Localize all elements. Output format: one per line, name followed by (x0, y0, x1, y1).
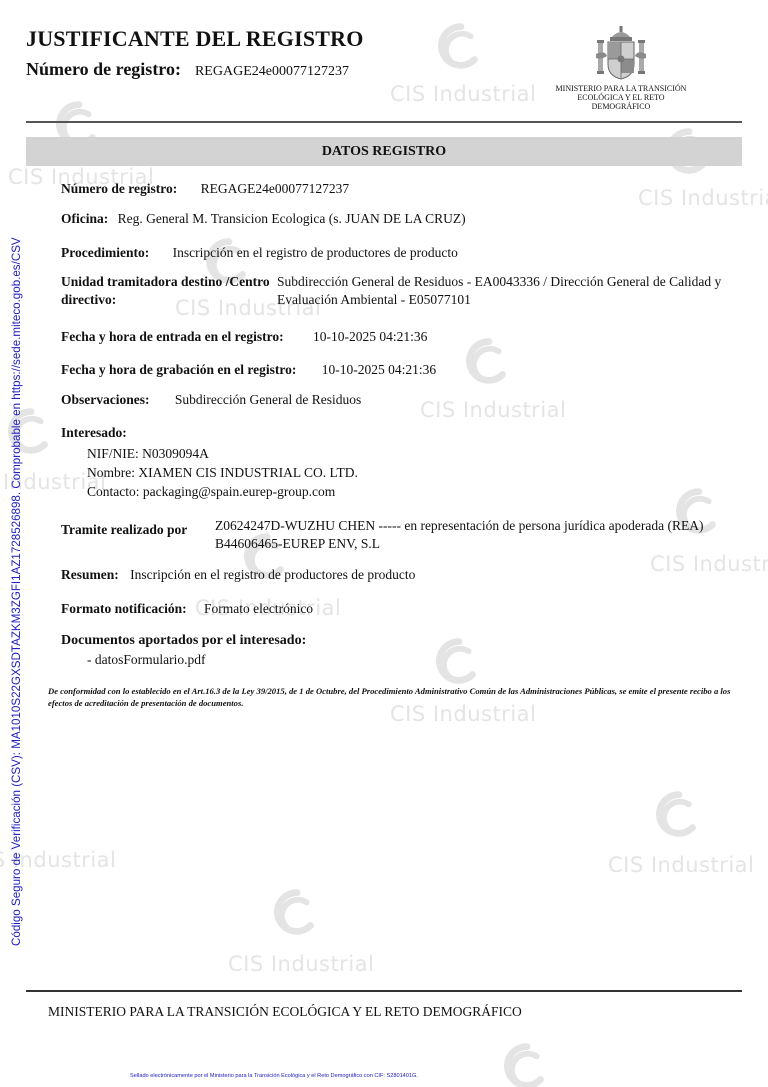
field-value: 10-10-2025 04:21:36 (322, 362, 436, 377)
watermark-text: CIS Industrial (420, 398, 566, 422)
header-registry-number: Número de registro: REGAGE24e00077127237 (26, 59, 349, 80)
field-label: Formato notificación: (61, 601, 187, 616)
watermark-text: CIS Industrial (228, 952, 374, 976)
field-value: Inscripción en el registro de productore… (130, 567, 415, 582)
registry-number-value: REGAGE24e00077127237 (195, 64, 349, 79)
field-value: REGAGE24e00077127237 (201, 181, 350, 196)
field-label: Número de registro: (61, 181, 177, 196)
field-label: Procedimiento: (61, 245, 149, 260)
field-fecha-entrada: Fecha y hora de entrada en el registro: … (61, 329, 427, 345)
registry-number-label: Número de registro: (26, 59, 181, 79)
ministry-logo: MINISTERIO PARA LA TRANSICIÓN ECOLÓGICA … (548, 24, 694, 111)
tramite-line-2: B44606465-EUREP ENV, S.L (215, 535, 703, 553)
field-formato-notificacion: Formato notificación: Formato electrónic… (61, 601, 313, 617)
electronic-seal-notice: Sellado electrónicamente por el Minister… (130, 1073, 418, 1079)
field-procedimiento: Procedimiento: Inscripción en el registr… (61, 245, 458, 261)
footer-ministry-name: MINISTERIO PARA LA TRANSICIÓN ECOLÓGICA … (48, 1004, 522, 1020)
field-label: Fecha y hora de entrada en el registro: (61, 329, 284, 344)
footer-divider (26, 990, 742, 992)
watermark-logo-icon (650, 788, 708, 840)
tramite-line-1: Z0624247D-WUZHU CHEN ----- en representa… (215, 517, 703, 535)
document-item: - datosFormulario.pdf (87, 652, 306, 668)
watermark-text: CIS Industrial (608, 853, 754, 877)
field-label: Observaciones: (61, 392, 150, 407)
field-observaciones: Observaciones: Subdirección General de R… (61, 392, 361, 408)
field-label: Unidad tramitadora destino /Centro direc… (61, 273, 277, 309)
field-fecha-grabacion: Fecha y hora de grabación en el registro… (61, 362, 436, 378)
watermark-logo-icon (460, 335, 518, 387)
interesado-nombre: Nombre: XIAMEN CIS INDUSTRIAL CO. LTD. (87, 463, 358, 482)
watermark-logo-icon (430, 635, 488, 687)
field-label: Oficina: (61, 211, 108, 226)
spain-coat-of-arms-icon (595, 24, 647, 82)
watermark-logo-icon (268, 886, 326, 938)
field-value: Z0624247D-WUZHU CHEN ----- en representa… (215, 517, 703, 553)
field-value: Reg. General M. Transicion Ecologica (s.… (118, 211, 466, 226)
legal-notice: De conformidad con lo establecido en el … (48, 685, 748, 709)
field-numero-registro: Número de registro: REGAGE24e00077127237 (61, 181, 349, 197)
interesado-contacto: Contacto: packaging@spain.eurep-group.co… (87, 482, 358, 501)
watermark-text: CIS Industrial (650, 552, 768, 576)
field-label: Fecha y hora de grabación en el registro… (61, 362, 296, 377)
interesado-nif: NIF/NIE: N0309094A (87, 444, 358, 463)
document-title: JUSTIFICANTE DEL REGISTRO (26, 26, 364, 52)
field-value: Inscripción en el registro de productore… (173, 245, 458, 260)
field-interesado: Interesado: NIF/NIE: N0309094A Nombre: X… (61, 425, 358, 501)
field-label: Tramite realizado por (61, 517, 215, 553)
field-label: Documentos aportados por el interesado: (61, 633, 306, 649)
watermark-logo-icon (432, 20, 490, 72)
watermark-text: CIS Industrial (638, 186, 768, 210)
field-label: Interesado: (61, 425, 358, 441)
field-value: Subdirección General de Residuos - EA004… (277, 273, 742, 309)
section-header-datos-registro: DATOS REGISTRO (26, 137, 742, 166)
field-value: Formato electrónico (204, 601, 313, 616)
field-oficina: Oficina: Reg. General M. Transicion Ecol… (61, 211, 466, 227)
field-resumen: Resumen: Inscripción en el registro de p… (61, 567, 415, 583)
field-tramite-realizado-por: Tramite realizado por Z0624247D-WUZHU CH… (61, 517, 703, 553)
header-divider (26, 121, 742, 123)
csv-verification-code[interactable]: Código Seguro de Verificación (CSV): MA1… (10, 234, 23, 946)
ministry-logo-text: MINISTERIO PARA LA TRANSICIÓN ECOLÓGICA … (548, 84, 694, 111)
field-unidad-tramitadora: Unidad tramitadora destino /Centro direc… (61, 273, 742, 309)
watermark-text: CIS Industrial (390, 82, 536, 106)
field-label: Resumen: (61, 567, 119, 582)
section-title: DATOS REGISTRO (322, 144, 446, 160)
field-value: 10-10-2025 04:21:36 (313, 329, 427, 344)
watermark-logo-icon (498, 1040, 556, 1087)
field-value: Subdirección General de Residuos (175, 392, 361, 407)
field-documentos-aportados: Documentos aportados por el interesado: … (61, 633, 306, 668)
